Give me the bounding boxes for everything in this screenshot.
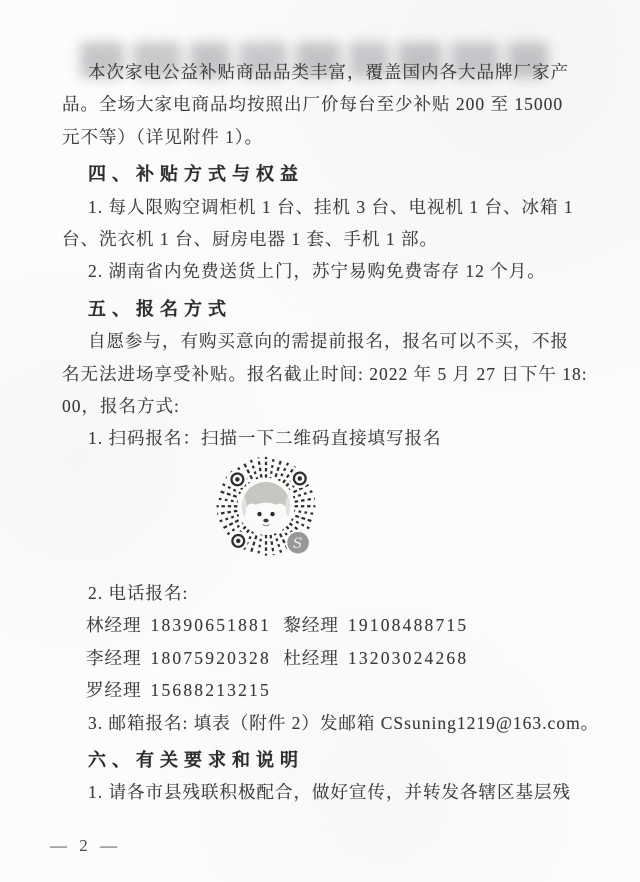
contact: 李经理18075920328 (86, 642, 278, 674)
contact-name: 罗经理 (86, 680, 142, 700)
qr-logo-letter: S (293, 536, 303, 552)
contact-phone: 19108488715 (348, 615, 468, 635)
section4-item1: 1. 每人限购空调柜机 1 台、挂机 3 台、电视机 1 台、冰箱 1 台、洗衣… (62, 191, 580, 256)
qr-center-puppy-face (242, 471, 291, 534)
contact-phone: 15688213215 (151, 680, 271, 700)
contact-name: 黎经理 (283, 615, 339, 635)
paragraph-line: 元不等）（详见附件 1）。 (62, 121, 580, 153)
contact-phone: 18075920328 (151, 648, 271, 668)
qr-code-block: S (214, 456, 580, 576)
contact-phone: 13203024268 (348, 648, 468, 668)
paragraph-line: 1. 每人限购空调柜机 1 台、挂机 3 台、电视机 1 台、冰箱 1 (62, 191, 580, 223)
paragraph-line: 名无法进场享受补贴。报名截止时间: 2022 年 5 月 27 日下午 18: (62, 358, 580, 390)
paragraph-line: 品。全场大家电商品均按照出厂价每台至少补贴 200 至 15000 (62, 88, 580, 120)
paragraph-line: 台、洗衣机 1 台、厨房电器 1 套、手机 1 部。 (62, 223, 580, 255)
contact-row: 李经理18075920328 杜经理13203024268 (86, 642, 580, 674)
contact: 林经理18390651881 (86, 609, 278, 641)
contact-phone: 18390651881 (151, 615, 271, 635)
scanned-document-page: 本次家电公益补贴商品品类丰富，覆盖国内各大品牌厂家产 品。全场大家电商品均按照出… (0, 0, 640, 882)
qr-brand-logo: S (286, 530, 311, 555)
contact: 黎经理19108488715 (283, 615, 468, 635)
contact-row: 林经理18390651881 黎经理19108488715 (86, 609, 580, 641)
section-heading-requirements: 六、有关要求和说明 (62, 744, 580, 776)
intro-paragraph: 本次家电公益补贴商品品类丰富，覆盖国内各大品牌厂家产 品。全场大家电商品均按照出… (62, 56, 580, 153)
page-number: — 2 — (50, 836, 121, 856)
contact-name: 林经理 (86, 615, 142, 635)
paragraph-line: 00，报名方式: (62, 390, 580, 422)
section4-item2: 2. 湖南省内免费送货上门，苏宁易购免费寄存 12 个月。 (62, 255, 580, 287)
contact: 杜经理13203024268 (283, 648, 468, 668)
scan-registration-item: 1. 扫码报名：扫描一下二维码直接填写报名 (62, 422, 580, 454)
contact-list: 林经理18390651881 黎经理19108488715 李经理1807592… (62, 609, 580, 706)
section6-item1: 1. 请各市县残联积极配合，做好宣传，并转发各辖区基层残 (62, 776, 580, 808)
contact-name: 李经理 (86, 648, 142, 668)
section-heading-subsidy-benefits: 四、补贴方式与权益 (62, 158, 580, 190)
contact-row: 罗经理15688213215 (86, 674, 580, 706)
contact: 罗经理15688213215 (86, 674, 278, 706)
section-heading-registration: 五、报名方式 (62, 293, 580, 325)
paragraph-line: 自愿参与，有购买意向的需提前报名，报名可以不买，不报 (62, 325, 580, 357)
mini-program-qr-code: S (214, 456, 318, 560)
document-body: 本次家电公益补贴商品品类丰富，覆盖国内各大品牌厂家产 品。全场大家电商品均按照出… (62, 56, 580, 809)
section5-intro: 自愿参与，有购买意向的需提前报名，报名可以不买，不报 名无法进场享受补贴。报名截… (62, 325, 580, 422)
phone-registration-item: 2. 电话报名: (62, 577, 580, 609)
email-registration-item: 3. 邮箱报名: 填表（附件 2）发邮箱 CSsuning1219@163.co… (62, 707, 580, 739)
paragraph-line: 本次家电公益补贴商品品类丰富，覆盖国内各大品牌厂家产 (62, 56, 580, 88)
contact-name: 杜经理 (283, 648, 339, 668)
